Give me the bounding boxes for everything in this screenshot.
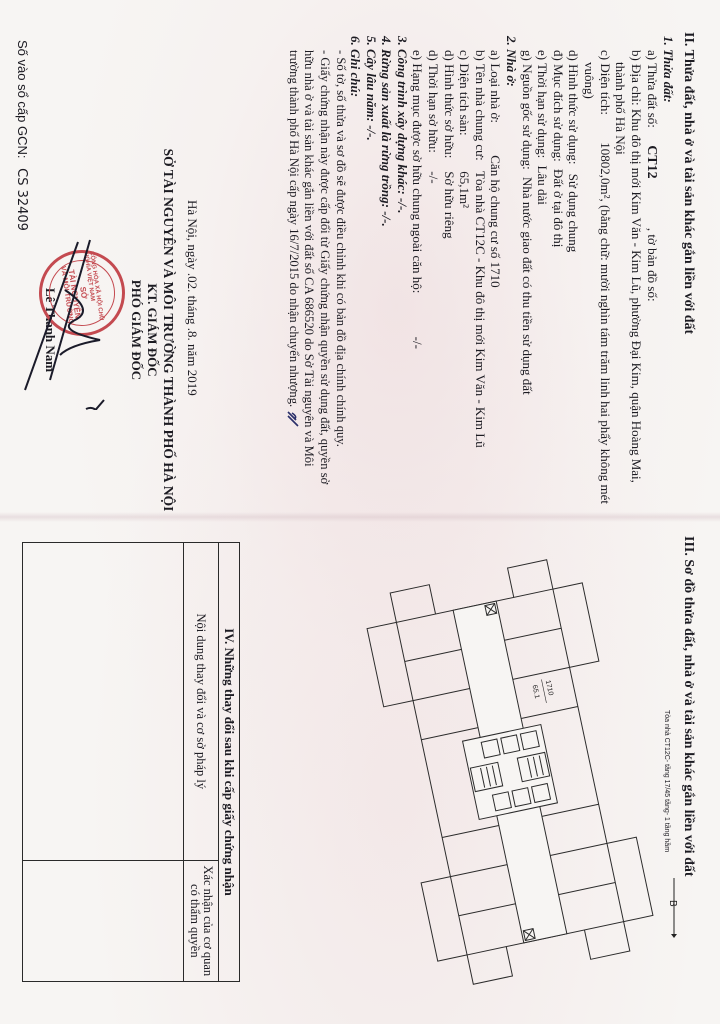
building-row: b) Tên nhà chung cư: Tòa nhà CT12C - Khu… xyxy=(472,36,488,506)
changes-cell xyxy=(23,543,184,861)
unit-area-label: 65.1 xyxy=(531,684,541,699)
apartment-floor-plan: 1710 65.1 xyxy=(360,532,660,1012)
address-value-cont: thành phố Hà Nội xyxy=(613,36,629,506)
section-ii-page: II. Thửa đất, nhà ở và tài sản khác gắn … xyxy=(0,0,720,512)
use-form-label: d) Hình thức sử dụng: xyxy=(566,50,581,164)
changes-table: IV. Những thay đổi sau khi cấp giấy chứn… xyxy=(22,542,240,982)
ownership-term-row: d) Thời hạn sở hữu: -/- xyxy=(426,36,442,506)
origin-label: g) Nguồn gốc sử dụng: xyxy=(520,50,535,170)
column-header-authority: Xác nhận của cơ quan có thẩm quyền xyxy=(184,860,219,981)
section-iii-iv-page: III. Sơ đồ thửa đất, nhà ở và tài sản kh… xyxy=(0,522,720,1024)
authority-cell xyxy=(23,860,184,981)
house-heading: 2. Nhà ở: xyxy=(503,36,519,506)
column-header-changes: Nội dung thay đổi và cơ sở pháp lý xyxy=(184,543,219,861)
section-ii-title: II. Thửa đất, nhà ở và tài sản khác gắn … xyxy=(680,32,696,334)
purpose-label: đ) Mục đích sử dụng: xyxy=(551,50,566,162)
shared-items-value: -/- xyxy=(411,337,426,349)
ownership-term-value: -/- xyxy=(426,171,441,183)
north-arrow-icon: B xyxy=(666,878,682,938)
area-label: c) Diện tích: xyxy=(598,50,613,115)
floor-area-value: 65,1m² xyxy=(457,171,472,208)
signer-role: PHÓ GIÁM ĐỐC xyxy=(128,140,144,520)
column-header-authority-line1: Xác nhận của cơ quan xyxy=(201,862,214,980)
building-value: Tòa nhà CT12C - Khu đô thị mới Kim Văn -… xyxy=(473,171,488,448)
issue-date: Hà Nội, ngày .02. tháng .8. năm 2019 xyxy=(184,140,200,520)
map-sheet-label: , tờ bản đồ số: xyxy=(645,228,660,302)
area-value-cont: vuông) xyxy=(581,36,597,506)
north-label: B xyxy=(667,900,678,907)
shared-items-row: e) Hạng mục được sở hữu chung ngoài căn … xyxy=(410,36,426,506)
notes-heading: 6. Ghi chú: xyxy=(348,36,364,506)
column-header-authority-line2: có thẩm quyền xyxy=(188,862,201,980)
ownership-form-value: Sở hữu riêng xyxy=(442,171,457,238)
parcel-number-label: a) Thửa đất số: xyxy=(645,50,660,128)
address-row: b) Địa chỉ: Khu đô thị mới Kim Văn - Kim… xyxy=(628,36,644,506)
registration-number: Số vào sổ cấp GCN: CS 32409 xyxy=(14,40,30,231)
house-type-row: a) Loại nhà ở: Căn hộ chung cư số 1710 xyxy=(488,36,504,506)
floor-area-row: c) Diện tích sàn: 65,1m² xyxy=(457,36,473,506)
land-parcel-block: 1. Thửa đất: a) Thửa đất số: CT12 , tờ b… xyxy=(285,36,676,506)
registration-label: Số vào sổ cấp GCN: xyxy=(15,40,30,159)
origin-value: Nhà nước giao đất có thu tiền sử dụng đấ… xyxy=(520,177,535,395)
perennial-trees: 5. Cây lâu năm: -/-. xyxy=(363,36,379,506)
term-label: e) Thời hạn sử dụng: xyxy=(535,50,550,158)
note-line: trường thành phố Hà Nội cấp ngày 16/7/20… xyxy=(285,36,301,506)
section-iii-title: III. Sơ đồ thửa đất, nhà ở và tài sản kh… xyxy=(680,536,696,877)
other-construction: 3. Công trình xây dựng khác: -/-. xyxy=(394,36,410,506)
term-value: Lâu dài xyxy=(535,166,550,205)
term-row: e) Thời hạn sử dụng: Lâu dài xyxy=(535,36,551,506)
note-line: - Giấy chứng nhận này được cấp đổi từ Gi… xyxy=(316,36,332,506)
shared-items-label: e) Hạng mục được sở hữu chung ngoài căn … xyxy=(411,50,426,293)
note-line: - Số tờ, số thửa và sơ đồ sẽ được điều c… xyxy=(332,36,348,506)
use-form-value: Sử dụng chung xyxy=(566,174,581,253)
note-line-text: trường thành phố Hà Nội cấp ngày 16/7/20… xyxy=(287,50,301,407)
initials-mark-icon xyxy=(286,410,300,432)
note-line: hữu nhà ở và tài sản khác gắn liền với đ… xyxy=(301,36,317,506)
address-value: Khu đô thị mới Kim Văn - Kim Lũ, phường … xyxy=(629,109,644,483)
floor-area-label: c) Diện tích sàn: xyxy=(457,50,473,168)
house-type-value: Căn hộ chung cư số 1710 xyxy=(488,155,503,287)
land-heading: 1. Thửa đất: xyxy=(660,36,676,506)
parcel-number-row: a) Thửa đất số: CT12 , tờ bản đồ số: xyxy=(644,36,661,506)
on-behalf-label: KT. GIÁM ĐỐC xyxy=(144,140,160,520)
section-iv-title: IV. Những thay đổi sau khi cấp giấy chứn… xyxy=(219,543,240,982)
house-type-label: a) Loại nhà ở: xyxy=(488,50,504,152)
parcel-number-value: CT12 xyxy=(644,145,659,178)
certificate-sheet: II. Thửa đất, nhà ở và tài sản khác gắn … xyxy=(0,0,720,1024)
unit-number-label: 1710 xyxy=(544,680,554,697)
production-forest: 4. Rừng sản xuất là rừng trồng: -/-. xyxy=(379,36,395,506)
area-value: 10802,0m², (bằng chữ: mười nghìn tám tră… xyxy=(598,142,613,504)
use-form-row: d) Hình thức sử dụng: Sử dụng chung xyxy=(566,36,582,506)
ownership-form-row: d) Hình thức sở hữu: Sở hữu riêng xyxy=(441,36,457,506)
purpose-value: Đất ở tại đô thị xyxy=(551,169,566,247)
ownership-form-label: d) Hình thức sở hữu: xyxy=(441,50,457,168)
area-row: c) Diện tích: 10802,0m², (bằng chữ: mười… xyxy=(597,36,613,506)
purpose-row: đ) Mục đích sử dụng: Đất ở tại đô thị xyxy=(550,36,566,506)
handwritten-signature-icon xyxy=(10,230,120,410)
issuing-agency: SỞ TÀI NGUYÊN VÀ MÔI TRƯỜNG THÀNH PHỐ HÀ… xyxy=(160,140,176,520)
building-label: b) Tên nhà chung cư: xyxy=(472,50,488,168)
origin-row: g) Nguồn gốc sử dụng: Nhà nước giao đất … xyxy=(519,36,535,506)
floor-plan-subtitle: Tòa nhà CT12C- tầng 17/45 tầng- 1 tầng h… xyxy=(663,710,670,852)
ownership-term-label: d) Thời hạn sở hữu: xyxy=(426,50,442,168)
address-label: b) Địa chỉ: xyxy=(629,50,644,106)
registration-value: CS 32409 xyxy=(14,168,29,231)
